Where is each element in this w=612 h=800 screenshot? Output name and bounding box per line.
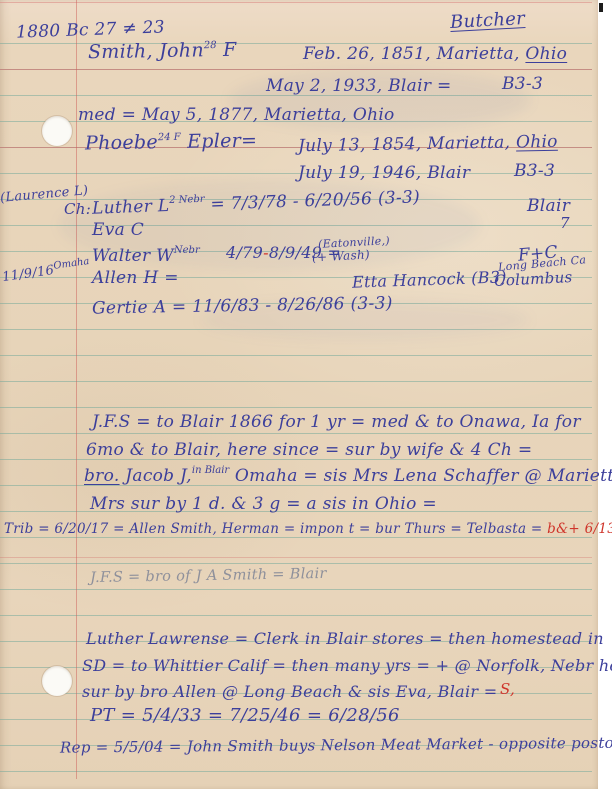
walter-date1: 4/79: [226, 243, 263, 262]
luther-note-line2: SD = to Whittier Calif = then many yrs =…: [82, 656, 612, 675]
phoebe-surname: Epler=: [187, 129, 258, 152]
hole-punch: [42, 116, 72, 146]
hole-punch: [42, 666, 72, 696]
jfs-jacob: Jacob J,: [120, 466, 192, 486]
left-margin-rule: [76, 0, 77, 779]
top-edge-rule: [0, 2, 592, 3]
occupation-note: Butcher: [450, 8, 526, 33]
walter-name: Walter W: [92, 246, 174, 266]
john-name-line: Smith, John28 F: [88, 39, 237, 64]
corner-mark: [599, 3, 603, 12]
luther-place: Blair: [527, 196, 570, 216]
luther-note-line3: sur by bro Allen @ Long Beach & sis Eva,…: [82, 682, 497, 701]
child-eva: Eva C: [92, 220, 144, 240]
tribune-note-blue: Trib = 6/20/17 = Allen Smith, Herman = i…: [4, 521, 547, 537]
phoebe-name-line: Phoebe24 F Epler=: [85, 129, 258, 154]
john-death: May 2, 1933, Blair =: [266, 76, 452, 96]
jfs-note-line4: Mrs sur by 1 d. & 3 g = a sis in Ohio =: [90, 494, 437, 514]
jfs-bro-underlined: bro.: [84, 466, 120, 486]
walter-superscript: Nebr: [174, 245, 200, 256]
phoebe-birth-state: Ohio: [516, 132, 558, 153]
tribune-note-red: b&+ 6/13/17: [547, 521, 612, 537]
jfs-inserted-note: in Blair: [192, 465, 229, 476]
pt-dates-line: PT = 5/4/33 = 7/25/46 = 6/28/56: [90, 705, 400, 726]
john-initial: F: [223, 39, 237, 61]
phoebe-cemetery-plot: B3-3: [514, 161, 555, 181]
child-allen: Allen H =: [92, 268, 179, 288]
john-age-superscript: 28: [204, 40, 217, 51]
phoebe-birth: July 13, 1854, Marietta,: [298, 133, 511, 157]
luther-name: Luther L: [92, 196, 170, 219]
child-walter-line: Walter WNebr: [92, 246, 200, 266]
paper-sheet: 1880 Bc 27 ≠ 23 Butcher Smith, John28 F …: [0, 0, 598, 789]
john-marriage: med = May 5, 1877, Marietta, Ohio: [78, 105, 395, 125]
luther-note-line1: Luther Lawrense = Clerk in Blair stores …: [86, 629, 604, 648]
luther-superscript: 2 Nebr: [169, 194, 205, 206]
red-rule-line: [0, 557, 592, 558]
jfs-note-line1: J.F.S = to Blair 1866 for 1 yr = med & t…: [92, 412, 581, 432]
john-name: Smith, John: [88, 39, 204, 63]
phoebe-death: July 19, 1946, Blair: [298, 163, 470, 183]
phoebe-age-superscript: 24 F: [158, 132, 181, 143]
index-code: 1880 Bc 27 ≠ 23: [16, 17, 166, 42]
john-birth-line: Feb. 26, 1851, Marietta, Ohio: [303, 44, 567, 64]
luther-note-red-mark: S,: [500, 680, 515, 698]
children-label: Ch:: [64, 200, 91, 218]
eva-ditto-mark: 7: [560, 214, 570, 232]
scanned-genealogy-card: { "colors": { "paper": "#e8d5bb", "ink_b…: [0, 0, 612, 800]
phoebe-given: Phoebe: [85, 131, 158, 154]
john-birth-state: Ohio: [525, 44, 567, 64]
jfs-note-line3: bro. Jacob J,in Blair Omaha = sis Mrs Le…: [84, 466, 612, 486]
tribune-note: Trib = 6/20/17 = Allen Smith, Herman = i…: [4, 521, 612, 537]
jfs-note-line2: 6mo & to Blair, here since = sur by wife…: [86, 440, 532, 460]
jfs-line3-rest: Omaha = sis Mrs Lena Schaffer @ Marietta: [229, 466, 612, 486]
red-rule-line: [0, 69, 592, 70]
john-birth: Feb. 26, 1851, Marietta,: [303, 44, 520, 64]
john-cemetery-plot: B3-3: [502, 74, 543, 94]
